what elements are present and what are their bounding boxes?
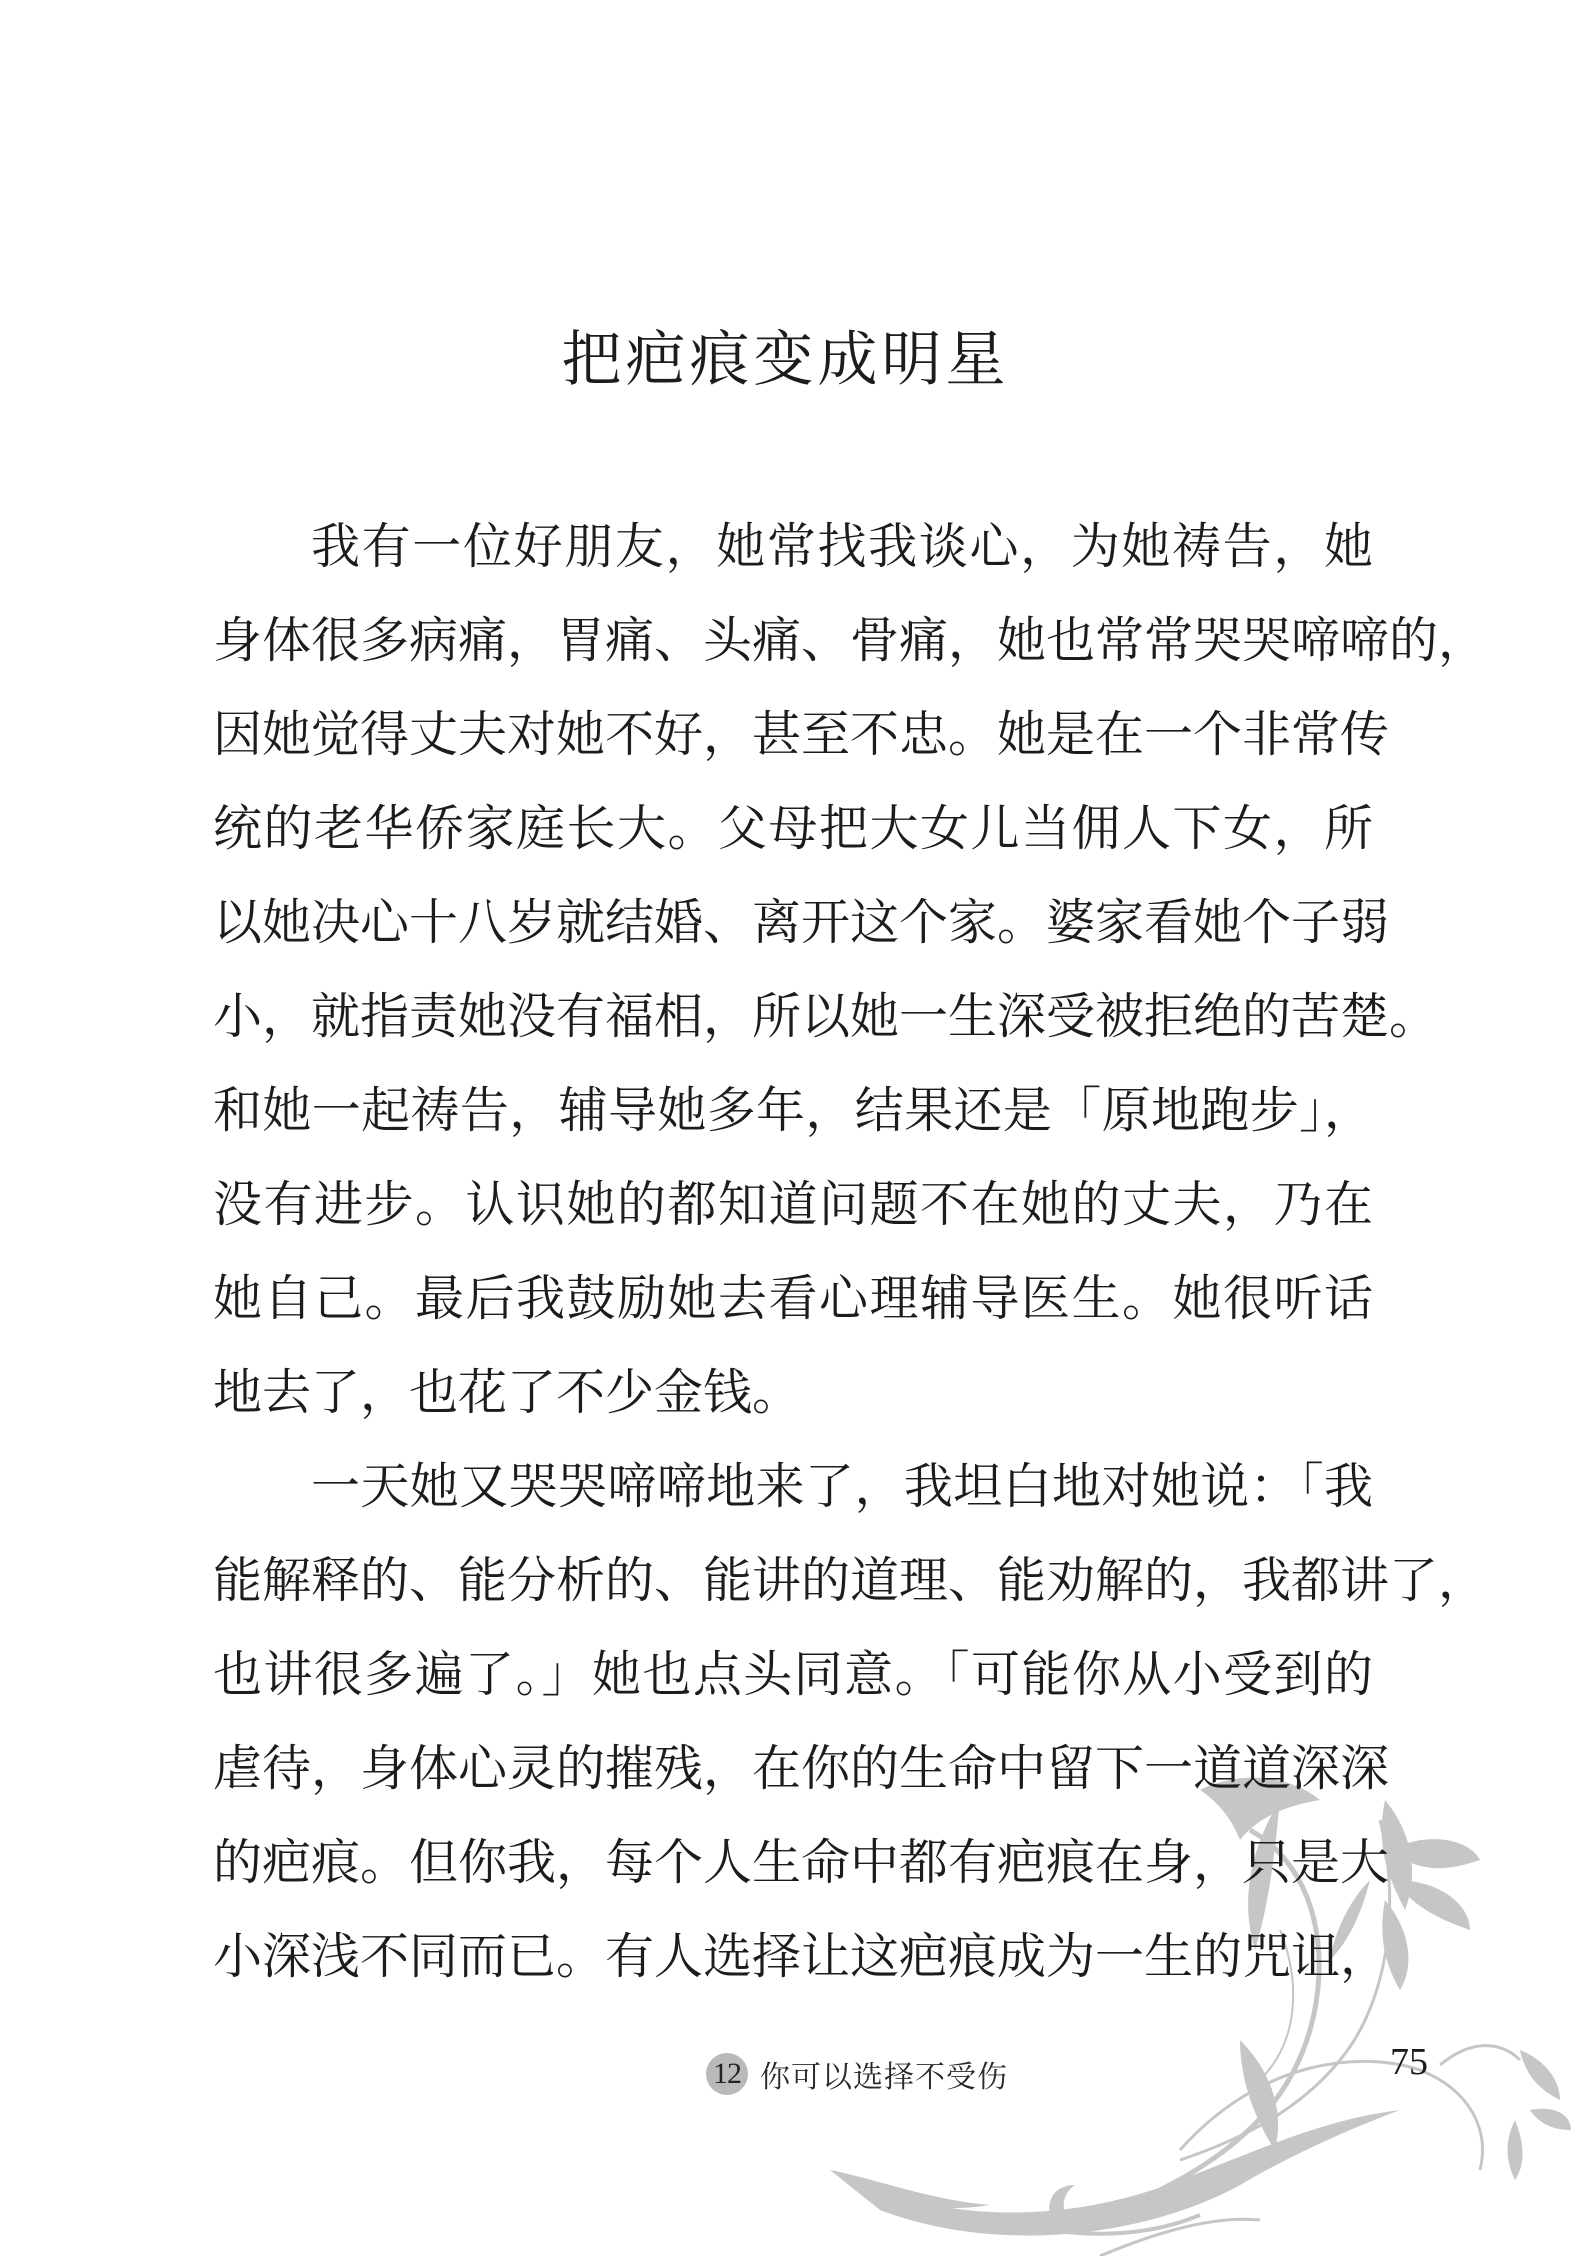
text-line: 她自己。最后我鼓励她去看心理辅导医生。她很听话	[213, 1252, 1373, 1346]
text-line: 的疤痕。但你我，每个人生命中都有疤痕在身，只是大	[213, 1816, 1373, 1910]
chapter-number-badge: 12	[706, 2053, 748, 2095]
text-line: 我有一位好朋友，她常找我谈心，为她祷告，她	[213, 500, 1373, 594]
paragraph-1: 我有一位好朋友，她常找我谈心，为她祷告，她 身体很多病痛，胃痛、头痛、骨痛，她也…	[213, 500, 1373, 1440]
text-line: 也讲很多遍了。」她也点头同意。「可能你从小受到的	[213, 1628, 1373, 1722]
text-line: 能解释的、能分析的、能讲的道理、能劝解的，我都讲了，	[213, 1534, 1373, 1628]
text-line: 没有进步。认识她的都知道问题不在她的丈夫，乃在	[213, 1158, 1373, 1252]
text-line: 虐待，身体心灵的摧残，在你的生命中留下一道道深深	[213, 1722, 1373, 1816]
text-line: 一天她又哭哭啼啼地来了，我坦白地对她说：「我	[213, 1440, 1373, 1534]
page-number: 75	[1390, 2040, 1428, 2084]
text-line: 小深浅不同而已。有人选择让这疤痕成为一生的咒诅，	[213, 1910, 1373, 2004]
text-line: 以她决心十八岁就结婚、离开这个家。婆家看她个子弱	[213, 876, 1373, 970]
running-chapter-title: 你可以选择不受伤	[760, 2052, 1008, 2096]
text-line: 因她觉得丈夫对她不好，甚至不忠。她是在一个非常传	[213, 688, 1373, 782]
chapter-title-heading: 把疤痕变成明星	[0, 312, 1571, 398]
text-line: 和她一起祷告，辅导她多年，结果还是「原地跑步」，	[213, 1064, 1373, 1158]
book-page: 把疤痕变成明星 我有一位好朋友，她常找我谈心，为她祷告，她 身体很多病痛，胃痛、…	[0, 0, 1571, 2256]
text-line: 地去了，也花了不少金钱。	[213, 1346, 1373, 1440]
text-line: 统的老华侨家庭长大。父母把大女儿当佣人下女，所	[213, 782, 1373, 876]
text-line: 身体很多病痛，胃痛、头痛、骨痛，她也常常哭哭啼啼的，	[213, 594, 1373, 688]
text-line: 小，就指责她没有福相，所以她一生深受被拒绝的苦楚。	[213, 970, 1373, 1064]
paragraph-2: 一天她又哭哭啼啼地来了，我坦白地对她说：「我 能解释的、能分析的、能讲的道理、能…	[213, 1440, 1373, 2004]
body-text: 我有一位好朋友，她常找我谈心，为她祷告，她 身体很多病痛，胃痛、头痛、骨痛，她也…	[213, 500, 1373, 2004]
running-footer: 12 你可以选择不受伤	[706, 2052, 1008, 2096]
